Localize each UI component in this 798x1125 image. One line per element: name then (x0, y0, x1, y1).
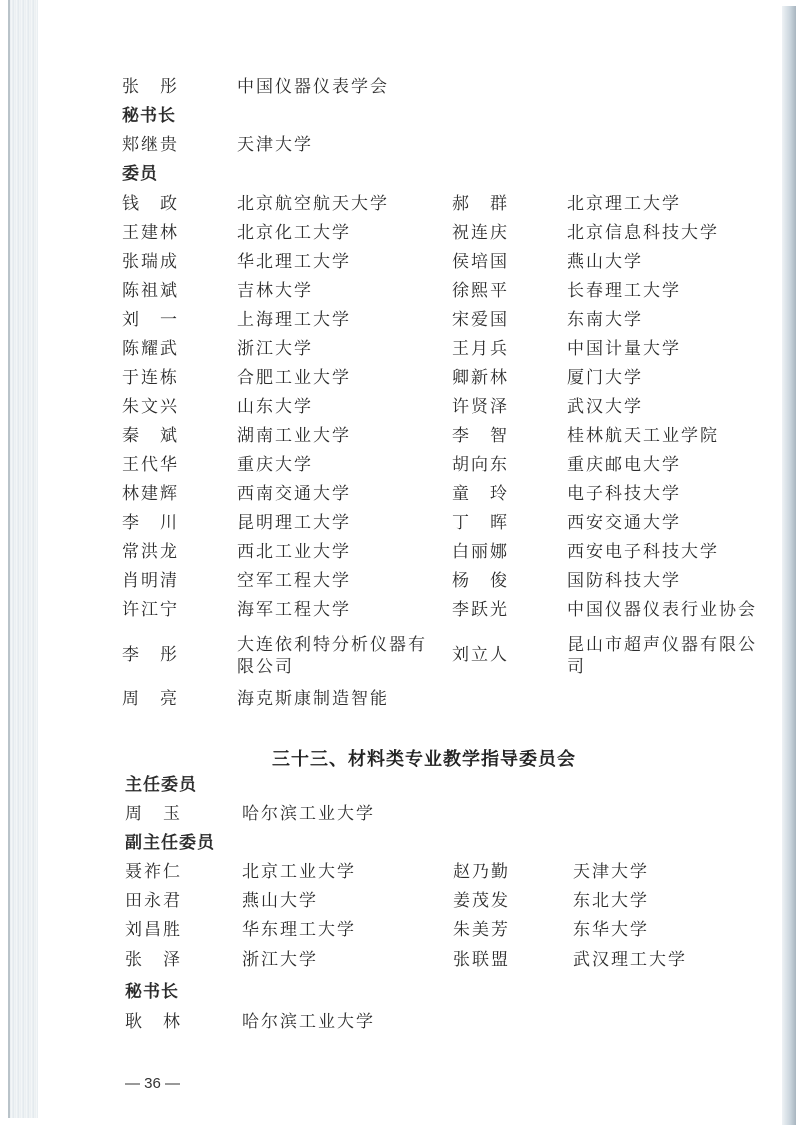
member-org: 上海理工大学 (237, 310, 351, 330)
member-org: 长春理工大学 (567, 281, 681, 301)
member-org: 湖南工业大学 (237, 426, 351, 446)
book-page-edges-left (8, 0, 40, 1118)
member-name: 王月兵 (452, 339, 509, 359)
member-name: 胡向东 (452, 455, 509, 475)
member-org: 哈尔滨工业大学 (242, 804, 375, 824)
member-name: 秦 斌 (122, 426, 179, 446)
member-org: 空军工程大学 (237, 571, 351, 591)
member-name: 李 彤 (122, 645, 179, 665)
member-name: 宋爱国 (452, 310, 509, 330)
member-org: 北京工业大学 (242, 862, 356, 882)
role-label: 主任委员 (125, 775, 197, 795)
member-name: 丁 晖 (452, 513, 509, 533)
member-name: 常洪龙 (122, 542, 179, 562)
member-name: 童 玲 (452, 484, 509, 504)
member-name: 聂祚仁 (125, 862, 182, 882)
book-page-edge-right (782, 6, 796, 1125)
member-name: 陈耀武 (122, 339, 179, 359)
member-org: 东北大学 (573, 891, 649, 911)
member-name: 肖明清 (122, 571, 179, 591)
member-name: 张 彤 (122, 77, 179, 97)
member-name: 徐熙平 (452, 281, 509, 301)
member-name: 张联盟 (453, 950, 510, 970)
member-name: 侯培国 (452, 252, 509, 272)
member-org: 武汉理工大学 (573, 950, 687, 970)
member-org: 天津大学 (237, 135, 313, 155)
member-name: 耿 林 (125, 1012, 182, 1032)
member-name: 刘昌胜 (125, 920, 182, 940)
member-name: 李 川 (122, 513, 179, 533)
member-name: 卿新林 (452, 368, 509, 388)
member-org: 燕山大学 (242, 891, 318, 911)
member-name: 田永君 (125, 891, 182, 911)
member-org: 昆明理工大学 (237, 513, 351, 533)
member-org: 东华大学 (573, 920, 649, 940)
member-org: 西安电子科技大学 (567, 542, 719, 562)
member-org: 北京航空航天大学 (237, 194, 389, 214)
member-name: 刘 一 (122, 310, 179, 330)
member-name: 杨 俊 (452, 571, 509, 591)
member-name: 姜茂发 (453, 891, 510, 911)
member-name: 白丽娜 (452, 542, 509, 562)
member-org: 北京理工大学 (567, 194, 681, 214)
member-org: 合肥工业大学 (237, 368, 351, 388)
member-name: 王代华 (122, 455, 179, 475)
member-org: 燕山大学 (567, 252, 643, 272)
member-name: 钱 政 (122, 194, 179, 214)
member-name: 于连栋 (122, 368, 179, 388)
member-org: 西南交通大学 (237, 484, 351, 504)
member-name: 周 玉 (125, 804, 182, 824)
member-org: 山东大学 (237, 397, 313, 417)
member-name: 祝连庆 (452, 223, 509, 243)
member-org: 西安交通大学 (567, 513, 681, 533)
member-name: 朱美芳 (453, 920, 510, 940)
member-org: 浙江大学 (242, 950, 318, 970)
member-org-multiline: 大连依利特分析仪器有限公司 (237, 634, 432, 678)
member-name: 张瑞成 (122, 252, 179, 272)
role-label: 秘书长 (122, 106, 176, 126)
page-number: — 36 — (125, 1075, 180, 1092)
member-org: 桂林航天工业学院 (567, 426, 719, 446)
member-org: 中国仪器仪表行业协会 (567, 600, 757, 620)
member-name: 许贤泽 (452, 397, 509, 417)
member-org: 哈尔滨工业大学 (242, 1012, 375, 1032)
member-org: 东南大学 (567, 310, 643, 330)
member-name: 赵乃勤 (453, 862, 510, 882)
member-org-multiline: 昆山市超声仪器有限公司 (567, 634, 767, 678)
member-name: 林建辉 (122, 484, 179, 504)
member-name: 王建林 (122, 223, 179, 243)
member-org: 电子科技大学 (567, 484, 681, 504)
member-name: 朱文兴 (122, 397, 179, 417)
member-org: 重庆邮电大学 (567, 455, 681, 475)
section-title: 三十三、材料类专业教学指导委员会 (272, 745, 576, 771)
member-org: 华东理工大学 (242, 920, 356, 940)
member-name: 李跃光 (452, 600, 509, 620)
member-org: 海克斯康制造智能 (237, 689, 389, 709)
member-org: 中国仪器仪表学会 (237, 77, 389, 97)
member-name: 郝 群 (452, 194, 509, 214)
member-name: 刘立人 (452, 645, 509, 665)
member-name: 郏继贵 (122, 135, 179, 155)
member-org: 西北工业大学 (237, 542, 351, 562)
member-org: 吉林大学 (237, 281, 313, 301)
member-org: 中国计量大学 (567, 339, 681, 359)
member-org: 海军工程大学 (237, 600, 351, 620)
member-org: 厦门大学 (567, 368, 643, 388)
member-org: 华北理工大学 (237, 252, 351, 272)
member-org: 天津大学 (573, 862, 649, 882)
role-label: 委员 (122, 164, 158, 184)
role-label: 秘书长 (125, 982, 179, 1002)
member-org: 重庆大学 (237, 455, 313, 475)
member-name: 周 亮 (122, 689, 179, 709)
member-name: 李 智 (452, 426, 509, 446)
member-org: 浙江大学 (237, 339, 313, 359)
member-org: 国防科技大学 (567, 571, 681, 591)
member-name: 陈祖斌 (122, 281, 179, 301)
member-name: 张 泽 (125, 950, 182, 970)
member-org: 北京化工大学 (237, 223, 351, 243)
member-org: 武汉大学 (567, 397, 643, 417)
member-name: 许江宁 (122, 600, 179, 620)
member-org: 北京信息科技大学 (567, 223, 719, 243)
role-label: 副主任委员 (125, 833, 215, 853)
